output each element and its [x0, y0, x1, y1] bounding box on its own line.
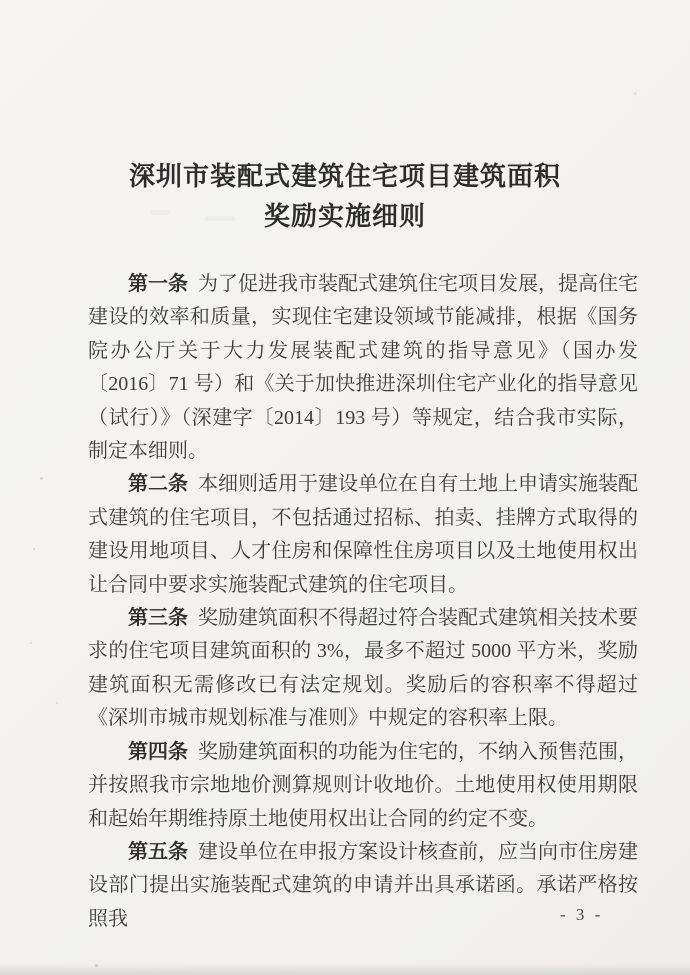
article-paragraph: 第四条奖励建筑面积的功能为住宅的，不纳入预售范围，并按照我市宗地地价测算规则计收…	[88, 736, 638, 836]
article-1-label: 第一条	[128, 273, 198, 295]
page-edge-shadow	[0, 963, 690, 975]
article-3-label: 第三条	[128, 607, 198, 629]
scan-speck	[33, 548, 35, 550]
article-4-label: 第四条	[128, 741, 198, 763]
article-2-label: 第二条	[128, 473, 198, 495]
scanned-document-page: 深圳市装配式建筑住宅项目建筑面积 奖励实施细则 第一条为了促进我市装配式建筑住宅…	[0, 0, 690, 975]
scan-speck	[95, 964, 98, 967]
document-title: 深圳市装配式建筑住宅项目建筑面积 奖励实施细则	[45, 157, 645, 237]
document-title-line-1: 深圳市装配式建筑住宅项目建筑面积	[45, 157, 645, 197]
scan-speck	[56, 702, 58, 704]
article-5-label: 第五条	[128, 841, 198, 863]
scan-speck	[634, 92, 637, 95]
page-number: - 3 -	[560, 905, 603, 925]
scan-speck	[30, 642, 32, 644]
article-1-text: 为了促进我市装配式建筑住宅项目发展，提高住宅建设的效率和质量，实现住宅建设领域节…	[88, 273, 638, 462]
scan-speck	[40, 477, 43, 480]
article-paragraph: 第三条奖励建筑面积不得超过符合装配式建筑相关技术要求的住宅项目建筑面积的 3%，…	[88, 602, 638, 736]
article-paragraph: 第五条建设单位在申报方案设计核查前，应当向市住房建设部门提出实施装配式建筑的申请…	[88, 836, 638, 936]
article-paragraph: 第二条本细则适用于建设单位在自有土地上申请实施装配式建筑的住宅项目，不包括通过招…	[88, 468, 638, 602]
article-paragraph: 第一条为了促进我市装配式建筑住宅项目发展，提高住宅建设的效率和质量，实现住宅建设…	[88, 268, 638, 468]
document-title-line-2: 奖励实施细则	[45, 197, 645, 237]
document-body: 第一条为了促进我市装配式建筑住宅项目发展，提高住宅建设的效率和质量，实现住宅建设…	[88, 268, 638, 936]
